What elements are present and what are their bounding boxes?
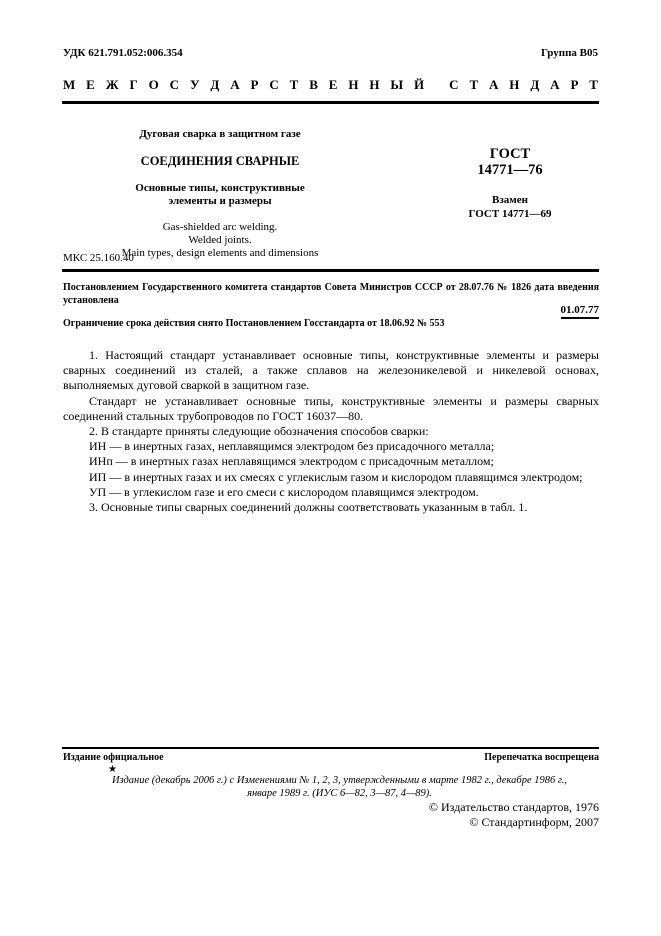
middle-divider	[62, 269, 599, 272]
banner-letter: Д	[530, 77, 539, 93]
banner-letter: Т	[589, 77, 598, 93]
subtitle-line: элементы и размеры	[115, 195, 325, 208]
english-line: Main types, design elements and dimensio…	[115, 247, 325, 260]
gost-number: 14771—76	[440, 162, 580, 178]
paragraph: 2. В стандарте приняты следующие обознач…	[63, 424, 599, 439]
banner-letter: В	[309, 77, 318, 93]
edition-line: Издание (декабрь 2006 г.) с Изменениями …	[80, 774, 599, 787]
banner-letter: Н	[369, 77, 379, 93]
banner-letter: Н	[509, 77, 519, 93]
group-code: Группа В05	[541, 47, 598, 59]
banner-letter: С	[449, 77, 458, 93]
banner-letter: Ы	[390, 77, 403, 93]
banner-letter: Д	[210, 77, 219, 93]
gost-label: ГОСТ	[440, 146, 580, 162]
top-divider	[62, 101, 599, 104]
standard-title: СОЕДИНЕНИЯ СВАРНЫЕ	[115, 154, 325, 169]
subtitle-line: Основные типы, конструктивные	[115, 182, 325, 195]
introduction-date: 01.07.77	[561, 304, 600, 319]
banner-letter: Е	[329, 77, 338, 93]
banner-letter: У	[190, 77, 200, 93]
udk-code: УДК 621.791.052:006.354	[63, 47, 183, 59]
banner-letter: Ж	[106, 77, 119, 93]
replaces-block: Взамен ГОСТ 14771—69	[440, 193, 580, 221]
english-line: Gas-shielded arc welding.	[115, 221, 325, 234]
gost-designation: ГОСТ 14771—76	[440, 146, 580, 178]
banner-letter: Р	[570, 77, 578, 93]
banner-letter: М	[63, 77, 75, 93]
banner-letter: Г	[129, 77, 137, 93]
banner-letter: С	[170, 77, 179, 93]
banner-letter: С	[269, 77, 278, 93]
interstate-standard-banner: МЕЖГОСУДАРСТВЕННЫЙ СТАНДАРТ	[63, 77, 598, 93]
method-item: ИН — в инертных газах, неплавящимся элек…	[63, 439, 599, 454]
banner-letter: О	[149, 77, 159, 93]
banner-letter: Е	[86, 77, 95, 93]
english-line: Welded joints.	[115, 234, 325, 247]
edition-line: январе 1989 г. (ИУС 6—82, 3—87, 4—89).	[80, 787, 599, 800]
title-block: Дуговая сварка в защитном газе СОЕДИНЕНИ…	[115, 122, 325, 260]
replaces-number: ГОСТ 14771—69	[440, 207, 580, 221]
mks-code: МКС 25.160.40	[63, 252, 134, 264]
banner-letter: Й	[414, 77, 424, 93]
edition-note: Издание (декабрь 2006 г.) с Изменениями …	[80, 774, 599, 800]
no-reprint-label: Перепечатка воспрещена	[484, 752, 599, 763]
standard-subtitle: Основные типы, конструктивные элементы и…	[115, 182, 325, 208]
banner-letter: Т	[469, 77, 478, 93]
copyright-2007: © Стандартинформ, 2007	[469, 815, 599, 830]
paragraph: 1. Настоящий стандарт устанавливает осно…	[63, 348, 599, 394]
banner-letter: Р	[251, 77, 259, 93]
body-text: 1. Настоящий стандарт устанавливает осно…	[63, 348, 599, 515]
method-item: ИП — в инертных газах и их смесях с угле…	[63, 470, 599, 485]
english-title: Gas-shielded arc welding. Welded joints.…	[115, 221, 325, 260]
subject-heading: Дуговая сварка в защитном газе	[115, 128, 325, 140]
banner-letter: А	[230, 77, 239, 93]
banner-letter: Т	[290, 77, 299, 93]
banner-letter: Н	[348, 77, 358, 93]
method-item: УП — в углекислом газе и его смеси с кис…	[63, 485, 599, 500]
footer-divider	[62, 747, 599, 749]
banner-gap	[435, 77, 438, 93]
method-item: ИНп — в инертных газах неплавящимся элек…	[63, 454, 599, 469]
replaces-label: Взамен	[440, 193, 580, 207]
official-edition-label: Издание официальное	[63, 752, 164, 763]
copyright-1976: © Издательство стандартов, 1976	[429, 800, 599, 815]
decree-text: Постановлением Государственного комитета…	[63, 282, 599, 307]
limit-text: Ограничение срока действия снято Постано…	[63, 318, 445, 329]
banner-letter: А	[550, 77, 559, 93]
banner-letter: А	[489, 77, 498, 93]
paragraph: Стандарт не устанавливает основные типы,…	[63, 394, 599, 424]
paragraph: 3. Основные типы сварных соединений долж…	[63, 500, 599, 515]
